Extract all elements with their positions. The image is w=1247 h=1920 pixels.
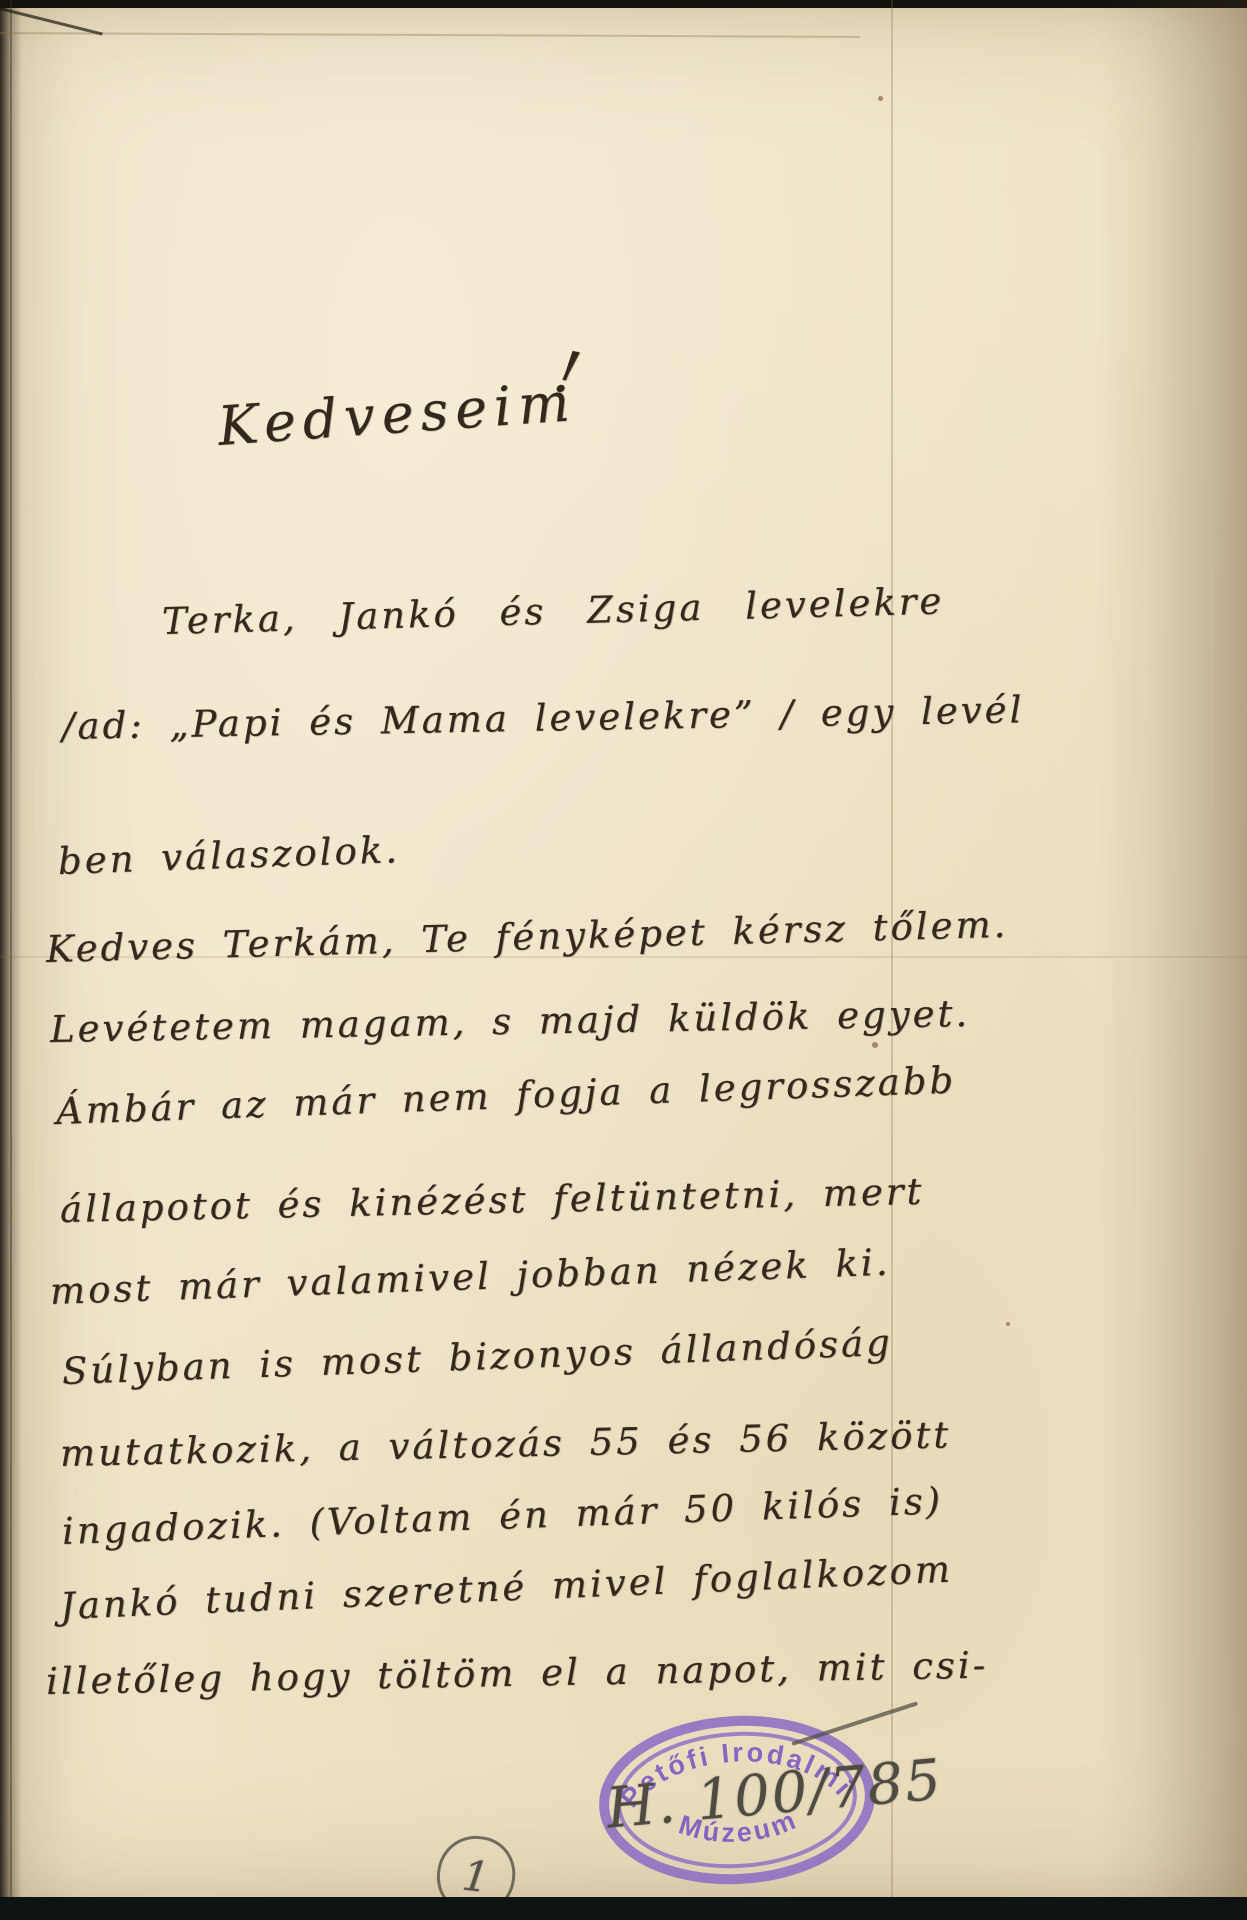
underlying-page-edge xyxy=(891,0,893,1920)
page-number: 1 xyxy=(460,1850,493,1902)
paper-speck xyxy=(1006,1322,1010,1326)
paper-speck xyxy=(872,1042,878,1048)
scan-bottom-border xyxy=(0,1897,1247,1920)
paper-speck xyxy=(878,96,883,101)
scan-top-border xyxy=(0,0,1247,8)
scanned-letter-page: Kedveseim ! Terka, Jankó és Zsiga levele… xyxy=(0,0,1247,1920)
left-tear-line xyxy=(10,0,12,1920)
right-page-shadow xyxy=(1097,0,1247,1920)
